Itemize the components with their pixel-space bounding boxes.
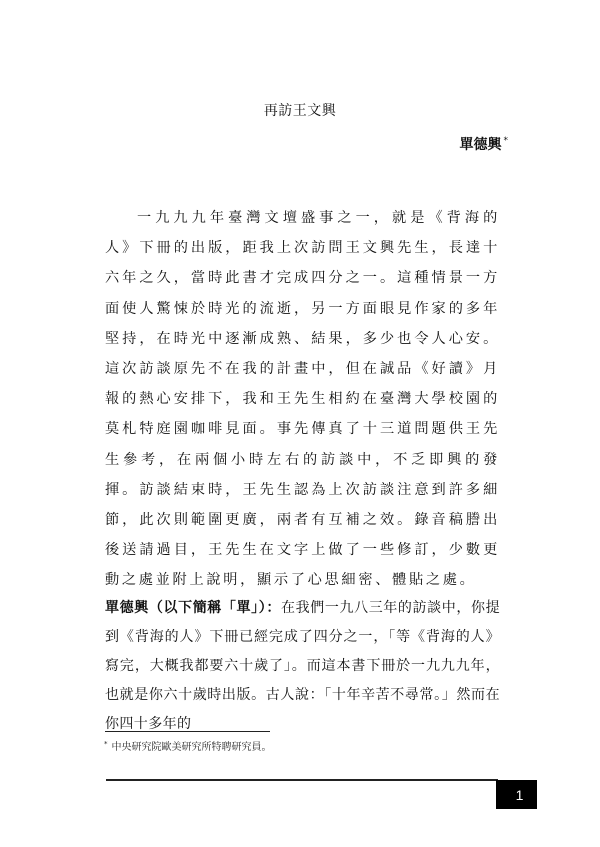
page-number-badge: 1 [496,780,537,809]
footer-divider [106,779,498,781]
author-byline: 單德興* [460,134,509,154]
footnote-reference[interactable]: * [504,136,509,146]
intro-section: 一九九九年臺灣文壇盛事之一，就是《背海的人》下冊的出版，距我上次訪問王文興先生，… [105,203,500,596]
interview-section: 單德興（以下簡稱「單」）：在我們一九八三年的訪談中，你提到《背海的人》下冊已經完… [105,594,500,739]
intro-paragraph: 一九九九年臺灣文壇盛事之一，就是《背海的人》下冊的出版，距我上次訪問王文興先生，… [105,203,500,596]
interview-text: 在我們一九八三年的訪談中，你提到《背海的人》下冊已經完成了四分之一，「等《背海的… [105,600,500,732]
footnote-text: 中央研究院歐美研究所特聘研究員。 [112,742,272,753]
author-name: 單德興 [460,137,502,153]
speaker-label: 單德興（以下簡稱「單」）： [105,600,281,616]
footnote-divider [105,731,270,732]
footnote-marker: * [104,740,108,748]
page-title: 再訪王文興 [0,100,600,120]
document-page: 再訪王文興 單德興* 一九九九年臺灣文壇盛事之一，就是《背海的人》下冊的出版，距… [0,0,600,847]
footnote: *中央研究院歐美研究所特聘研究員。 [104,738,272,753]
interview-paragraph: 單德興（以下簡稱「單」）：在我們一九八三年的訪談中，你提到《背海的人》下冊已經完… [105,594,500,739]
